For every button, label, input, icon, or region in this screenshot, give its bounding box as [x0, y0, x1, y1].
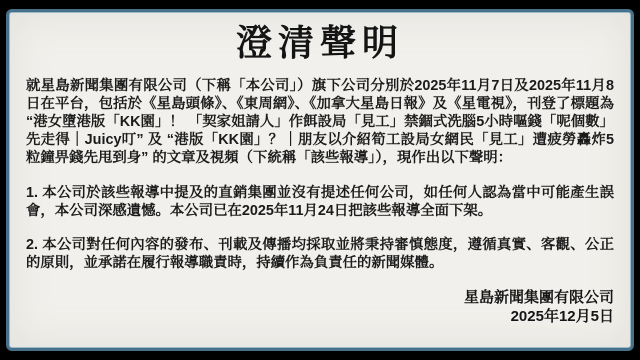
signature-company: 星島新聞集團有限公司 [26, 288, 614, 307]
statement-signature: 星島新聞集團有限公司 2025年12月5日 [26, 288, 614, 326]
statement-body: 就星島新聞集團有限公司（下稱「本公司」）旗下公司分別於2025年11月7日及20… [26, 77, 614, 326]
video-frame: 澄清聲明 就星島新聞集團有限公司（下稱「本公司」）旗下公司分別於2025年11月… [0, 0, 640, 360]
statement-card: 澄清聲明 就星島新聞集團有限公司（下稱「本公司」）旗下公司分別於2025年11月… [6, 9, 634, 351]
statement-point-1: 1. 本公司於該些報導中提及的直銷集團並沒有提述任何公司，如任何人認為當中可能產… [26, 184, 614, 220]
signature-date: 2025年12月5日 [26, 307, 614, 326]
statement-title: 澄清聲明 [26, 22, 614, 63]
statement-intro-paragraph: 就星島新聞集團有限公司（下稱「本公司」）旗下公司分別於2025年11月7日及20… [26, 77, 614, 167]
statement-point-2: 2. 本公司對任何內容的發布、刊載及傳播均採取並將秉持審慎態度，遵循真實、客觀、… [26, 236, 614, 272]
